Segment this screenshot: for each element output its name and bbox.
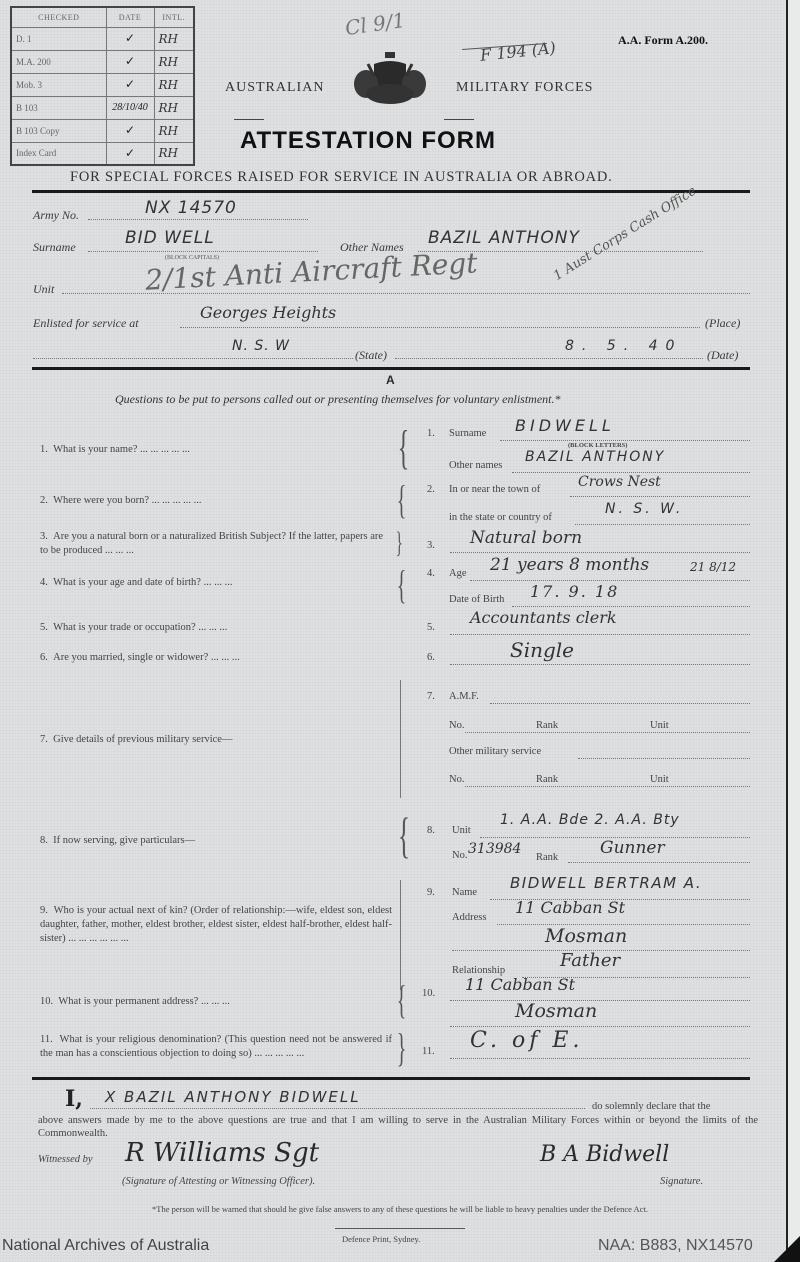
answer-2-town-label: In or near the town of [449,484,540,495]
brace: { [398,810,410,860]
answer-line [575,524,750,525]
title-rule-right [444,119,474,120]
answer-line [450,1000,750,1001]
answer-9-address-1: 11 Cabban St [515,898,625,917]
block-letters-note: (BLOCK LETTERS) [568,442,627,449]
annotation-top: Cl 9/1 [344,8,407,40]
surname-label: Surname [33,240,76,255]
answer-4-age-note: 21 8/12 [690,560,736,574]
checked-table: CHECKED DATE INTL. D. 1 ✓ RH M.A. 200 ✓ … [10,6,195,166]
question-6: 6. Are you married, single or widower? .… [40,651,240,665]
answer-2-state-label: in the state or country of [449,512,552,523]
enlisted-label: Enlisted for service at [33,316,139,331]
answer-4-num: 4. [427,568,435,579]
answer-8-unit: 1. A.A. Bde 2. A.A. Bty [500,812,680,828]
answer-9-address-label: Address [452,912,486,923]
answer-9-num: 9. [427,887,435,898]
answer-9-relationship: Father [560,950,620,971]
answer-line [450,634,750,635]
answer-2-num: 2. [427,484,435,495]
checked-row: M.A. 200 ✓ RH [11,50,194,73]
attestor-signature: B A Bidwell [540,1142,669,1167]
answer-line [450,1058,750,1059]
answer-7-other-label: Other military service [449,746,541,757]
date-header: DATE [106,7,154,27]
declaration-name: X BAZIL ANTHONY BIDWELL [105,1088,361,1106]
answer-line [512,606,750,607]
question-9: 9. Who is your actual next of kin? (Orde… [40,904,392,946]
answer-7-no-label: No. [449,720,464,731]
page-subtitle: FOR SPECIAL FORCES RAISED FOR SERVICE IN… [70,169,613,186]
answer-1-other-label: Other names [449,460,502,471]
answer-7-amf-label: A.M.F. [449,691,479,702]
title-australian: AUSTRALIAN [225,80,324,96]
answer-9-name: BIDWELL BERTRAM A. [510,874,702,892]
answer-10-num: 10. [422,988,435,999]
answer-9-address-2: Mosman [545,925,627,947]
question-5: 5. What is your trade or occupation? ...… [40,621,227,635]
surname-value: BID WELL [125,228,215,248]
answer-3-num: 3. [427,540,435,551]
declaration-body: above answers made by me to the above qu… [38,1114,758,1140]
date-line [395,358,703,359]
checked-row: Mob. 3 ✓ RH [11,73,194,96]
answer-10-line-2: Mosman [515,1000,597,1022]
enlisted-place-value: Georges Heights [200,303,336,322]
place-label: (Place) [705,316,740,331]
bracket-line [400,880,401,990]
army-no-line [88,219,308,220]
state-line [33,358,353,359]
answer-8-no: 313984 [468,841,521,857]
coat-of-arms-icon [352,50,428,106]
printer-note: Defence Print, Sydney. [342,1234,420,1244]
answer-8-no-label: No. [452,850,467,861]
title-rule-left [234,119,264,120]
brace: { [397,980,407,1020]
question-1: 1. What is your name? ... ... ... ... ..… [40,443,190,457]
answer-8-unit-label: Unit [452,825,471,836]
section-letter: A [386,373,395,387]
checked-row: Index Card ✓ RH [11,142,194,165]
answer-1-surname: BIDWELL [515,416,615,435]
attestation-form-page: CHECKED DATE INTL. D. 1 ✓ RH M.A. 200 ✓ … [0,0,786,1262]
answer-line [450,664,750,665]
answer-3-value: Natural born [470,528,582,548]
answer-10-line-1: 11 Cabban St [465,975,575,994]
intl-header: INTL. [154,7,194,27]
question-3: 3. Are you a natural born or a naturaliz… [40,530,385,558]
brace: } [397,1028,407,1068]
divider [32,1077,750,1080]
answer-line [450,1026,750,1027]
question-11: 11. What is your religious denomination?… [40,1033,392,1061]
other-names-value: BAZIL ANTHONY [428,228,580,248]
answer-line [470,580,750,581]
answer-line [578,758,750,759]
answer-2-state: N. S. W. [605,501,683,517]
declaration-prefix: I, [65,1086,83,1112]
unit-value: 2/1st Anti Aircraft Regt [144,246,478,296]
state-value: N. S. W [232,338,290,354]
false-answers-warning: *The person will be warned that should h… [85,1204,715,1215]
divider [32,367,750,370]
answer-7-rank2-label: Rank [536,774,558,785]
answer-5-value: Accountants clerk [470,608,617,627]
answer-5-num: 5. [427,622,435,633]
answer-7-unit2-label: Unit [650,774,669,785]
answer-11-value: C. of E. [470,1028,583,1053]
answer-8-num: 8. [427,825,435,836]
state-label: (State) [355,348,387,363]
question-10: 10. What is your permanent address? ... … [40,995,230,1009]
question-7: 7. Give details of previous military ser… [40,733,232,747]
answer-line [568,862,750,863]
answer-line [465,732,750,733]
footnote-rule [335,1228,465,1229]
archive-name: National Archives of Australia [2,1237,209,1255]
checked-row: B 103 Copy ✓ RH [11,119,194,142]
bracket-line [400,680,401,798]
answer-4-dob: 17. 9. 18 [530,582,619,601]
checked-header: CHECKED [11,7,106,27]
witness-caption: (Signature of Attesting or Witnessing Of… [122,1176,315,1187]
answer-line [490,703,750,704]
answer-line [500,440,750,441]
form-reference: A.A. Form A.200. [618,33,708,48]
scan-corner [774,1236,800,1262]
answer-7-rank-label: Rank [536,720,558,731]
answer-9-name-label: Name [452,887,477,898]
declaration-suffix: do solemnly declare that the [592,1101,710,1112]
answer-line [570,496,750,497]
answer-4-age: 21 years 8 months [490,555,649,575]
answer-6-value: Single [510,638,574,662]
brace: { [398,424,410,472]
unit-label: Unit [33,282,54,297]
answer-line [465,786,750,787]
surname-line [88,251,318,252]
answer-8-rank-label: Rank [536,852,558,863]
answer-7-unit-label: Unit [650,720,669,731]
page-title: ATTESTATION FORM [240,127,496,155]
answer-4-age-label: Age [449,568,467,579]
army-no-label: Army No. [33,208,79,223]
answer-1-other: BAZIL ANTHONY [525,449,665,465]
date-label: (Date) [707,348,738,363]
answer-1-surname-label: Surname [449,428,486,439]
answer-7-num: 7. [427,691,435,702]
answer-6-num: 6. [427,652,435,663]
question-2: 2. Where were you born? ... ... ... ... … [40,494,202,508]
divider [32,190,750,193]
answer-2-town: Crows Nest [578,474,661,490]
answer-1-num: 1. [427,428,435,439]
date-value: 8. 5. 40 [565,338,682,354]
answer-4-dob-label: Date of Birth [449,594,504,605]
witness-signature: R Williams Sgt [125,1138,319,1168]
page-edge [786,0,800,1262]
answer-11-num: 11. [422,1046,435,1057]
brace: { [397,565,407,605]
title-military-forces: MILITARY FORCES [456,80,593,96]
signature-caption: Signature. [660,1176,703,1187]
enlisted-line [180,327,700,328]
declaration-name-line [90,1108,585,1109]
brace: } [396,528,403,558]
answer-line [512,472,750,473]
answer-8-rank: Gunner [600,838,665,858]
archive-reference: NAA: B883, NX14570 [598,1237,753,1255]
question-8: 8. If now serving, give particulars— [40,834,195,848]
checked-row: D. 1 ✓ RH [11,27,194,50]
witnessed-label: Witnessed by [38,1154,93,1165]
brace: { [397,480,407,520]
answer-7-no2-label: No. [449,774,464,785]
question-4: 4. What is your age and date of birth? .… [40,576,232,590]
answer-line [450,552,750,553]
section-intro: Questions to be put to persons called ou… [115,392,561,407]
army-no-value: NX 14570 [145,198,237,218]
checked-row: B 103 28/10/40 RH [11,96,194,119]
